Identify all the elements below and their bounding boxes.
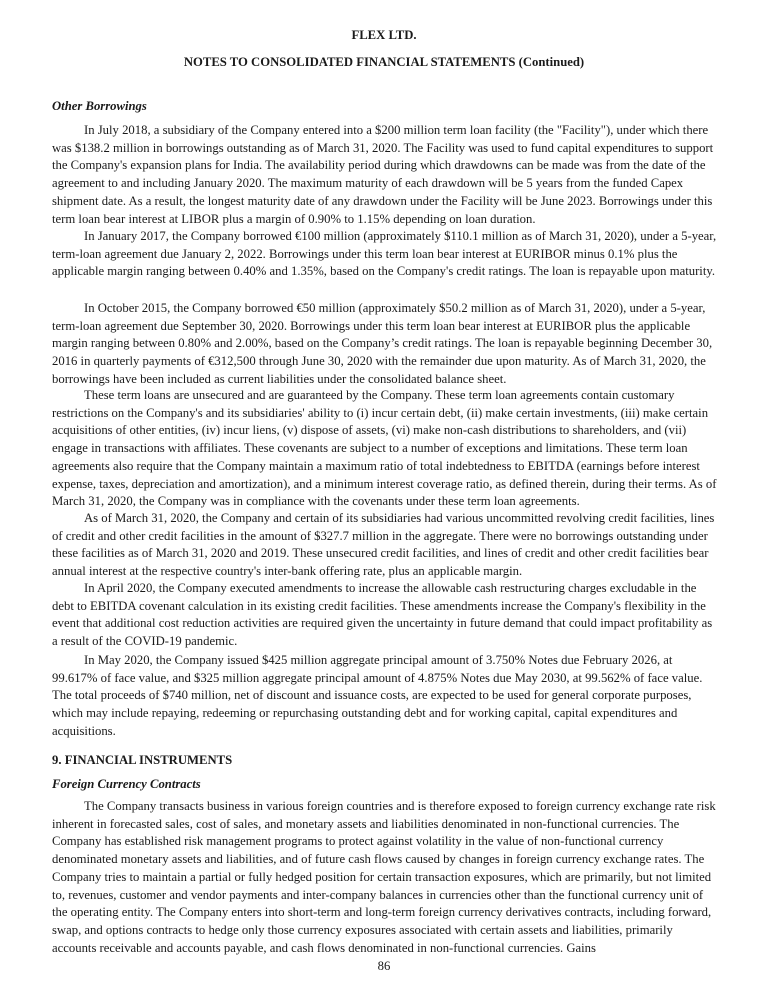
foreign-currency-contracts-heading: Foreign Currency Contracts: [52, 777, 201, 792]
paragraph-covenants: These term loans are unsecured and are g…: [52, 387, 720, 511]
paragraph-notes-issuance: In May 2020, the Company issued $425 mil…: [52, 652, 720, 741]
company-name: FLEX LTD.: [0, 28, 768, 43]
paragraph-credit-facilities: As of March 31, 2020, the Company and ce…: [52, 510, 720, 581]
page-number: 86: [0, 959, 768, 974]
paragraph-amendments: In April 2020, the Company executed amen…: [52, 580, 720, 651]
page-title: NOTES TO CONSOLIDATED FINANCIAL STATEMEN…: [0, 55, 768, 70]
other-borrowings-heading: Other Borrowings: [52, 99, 147, 114]
paragraph-foreign-currency: The Company transacts business in variou…: [52, 798, 720, 957]
paragraph-facility: In July 2018, a subsidiary of the Compan…: [52, 122, 720, 228]
paragraph-euro-50m-loan: In October 2015, the Company borrowed €5…: [52, 300, 720, 389]
section-heading-financial-instruments: 9. FINANCIAL INSTRUMENTS: [52, 753, 232, 768]
paragraph-euro-100m-loan: In January 2017, the Company borrowed €1…: [52, 228, 720, 281]
